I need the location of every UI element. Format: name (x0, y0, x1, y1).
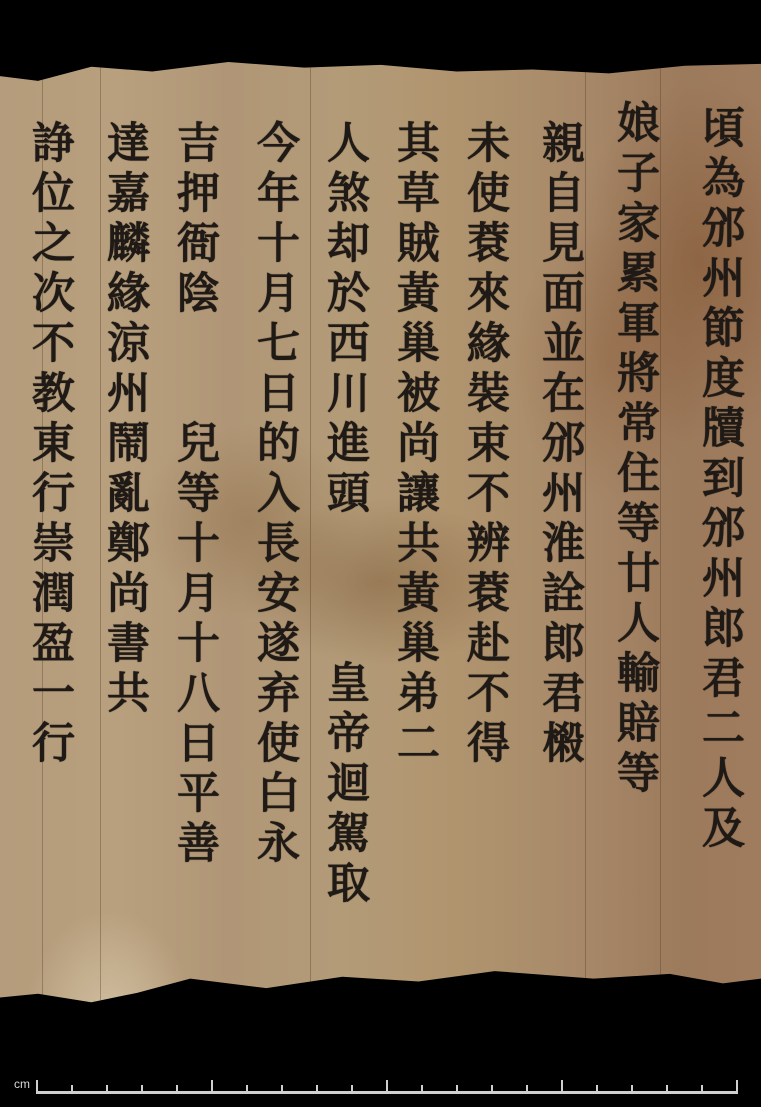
scale-tick (631, 1085, 633, 1094)
manuscript-column: 吉押衙陰 (165, 120, 225, 320)
scale-tick (526, 1085, 528, 1094)
centimeter-scale-bar: cm (0, 1060, 761, 1107)
scale-tick (386, 1080, 388, 1094)
paper-fold (310, 62, 311, 1007)
scale-tick (71, 1085, 73, 1094)
scale-tick (456, 1085, 458, 1094)
manuscript-column: 頃為邠州節度牘到邠州郎君二人及 (690, 105, 750, 855)
scale-tick (736, 1080, 738, 1094)
manuscript-column: 兒等十月十八日平善 (165, 420, 225, 870)
scale-tick (36, 1080, 38, 1094)
manuscript-column: 未使蔉來緣裝束不辨蔉赴不得 (455, 120, 515, 770)
scale-tick (281, 1085, 283, 1094)
scale-tick (596, 1085, 598, 1094)
scale-tick (421, 1085, 423, 1094)
scale-tick (491, 1085, 493, 1094)
manuscript-column: 今年十月七日的入長安遂弃使白永 (245, 120, 305, 870)
manuscript-column: 達嘉麟緣涼州鬧亂鄭尚書共 (95, 120, 155, 720)
scale-tick (351, 1085, 353, 1094)
scale-tick (561, 1080, 563, 1094)
scale-tick (176, 1085, 178, 1094)
scale-tick (666, 1085, 668, 1094)
manuscript-column: 皇帝迴駕取 (315, 660, 375, 910)
manuscript-column: 諍位之次不教東行崇潤盈一行 (20, 120, 80, 770)
scale-tick (701, 1085, 703, 1094)
manuscript-column: 親自見面並在邠州淮詮郎君樧 (530, 120, 590, 770)
scale-tick (106, 1085, 108, 1094)
scale-tick (246, 1085, 248, 1094)
scale-unit-label: cm (14, 1077, 30, 1091)
manuscript-column: 娘子家累軍將常住等廿人輸賠等 (605, 100, 665, 800)
manuscript-column: 人煞却於西川進頭 (315, 120, 375, 520)
scale-tick (211, 1080, 213, 1094)
scale-tick (141, 1085, 143, 1094)
scale-tick (316, 1085, 318, 1094)
manuscript-column: 其草賊黃巢被尚讓共黃巢弟二 (385, 120, 445, 770)
